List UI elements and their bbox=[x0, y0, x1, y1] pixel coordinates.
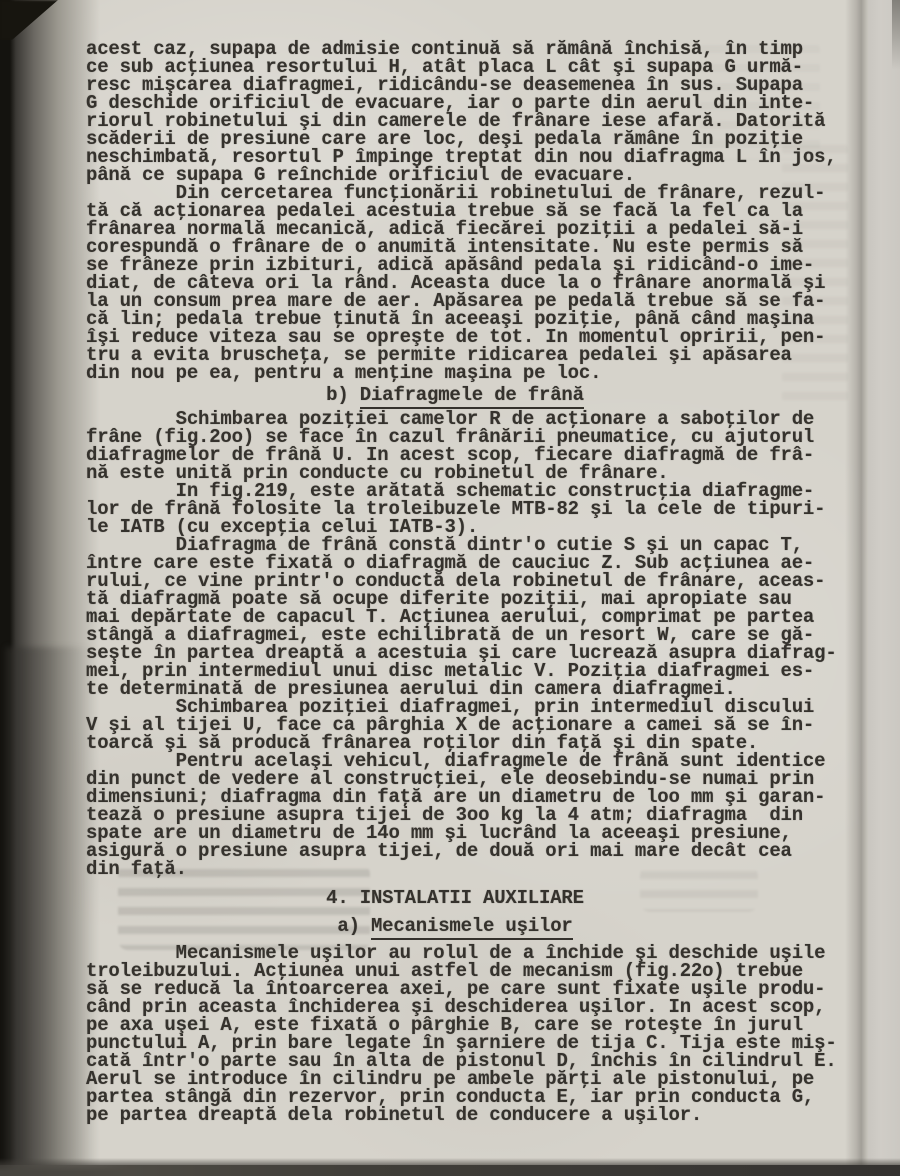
heading-title: Mecanismele uşilor bbox=[371, 915, 573, 940]
paragraph-schimbarea-camelor: Schimbarea poziţiei camelor R de acţiona… bbox=[86, 410, 854, 482]
bottom-scan-shadow-core bbox=[0, 1165, 900, 1176]
paragraph-supapa-admisie: acest caz, supapa de admisie continuă să… bbox=[86, 40, 854, 184]
paragraph-fig-219: In fig.219, este arătată schematic const… bbox=[86, 482, 854, 536]
paragraph-pentru-acelasi-vehicul: Pentru acelaşi vehicul, diafragmele de f… bbox=[86, 752, 854, 878]
heading-prefix: b) bbox=[326, 384, 360, 406]
typewritten-text-block: acest caz, supapa de admisie continuă să… bbox=[86, 40, 854, 1124]
chapter-heading-instalatii-auxiliare: 4. INSTALATII AUXILIARE bbox=[71, 889, 839, 907]
heading-prefix: 4. bbox=[326, 887, 360, 909]
bottom-scan-shadow bbox=[0, 1158, 900, 1176]
paragraph-diafragma-consta: Diafragma de frână constă dintr'o cutie … bbox=[86, 536, 854, 698]
paragraph-cercetarea-functionarii: Din cercetarea funcţionării robinetului … bbox=[86, 184, 854, 382]
heading-prefix: a) bbox=[337, 915, 371, 937]
next-page-edge bbox=[868, 0, 900, 1176]
paragraph-mecanismele-usilor: Mecanismele uşilor au rolul de a închide… bbox=[86, 944, 854, 1124]
paragraph-schimbarea-pozitiei: Schimbarea poziţiei diafragmei, prin int… bbox=[86, 698, 854, 752]
heading-title: Diafragmele de frână bbox=[360, 384, 584, 409]
section-heading-mecanismele-usilor: a) Mecanismele uşilor bbox=[71, 917, 839, 935]
scanned-page: acest caz, supapa de admisie continuă să… bbox=[0, 0, 900, 1176]
heading-title: INSTALATII AUXILIARE bbox=[360, 887, 584, 909]
section-heading-diafragmele: b) Diafragmele de frână bbox=[71, 386, 839, 404]
top-right-dark-edge bbox=[892, 0, 900, 70]
